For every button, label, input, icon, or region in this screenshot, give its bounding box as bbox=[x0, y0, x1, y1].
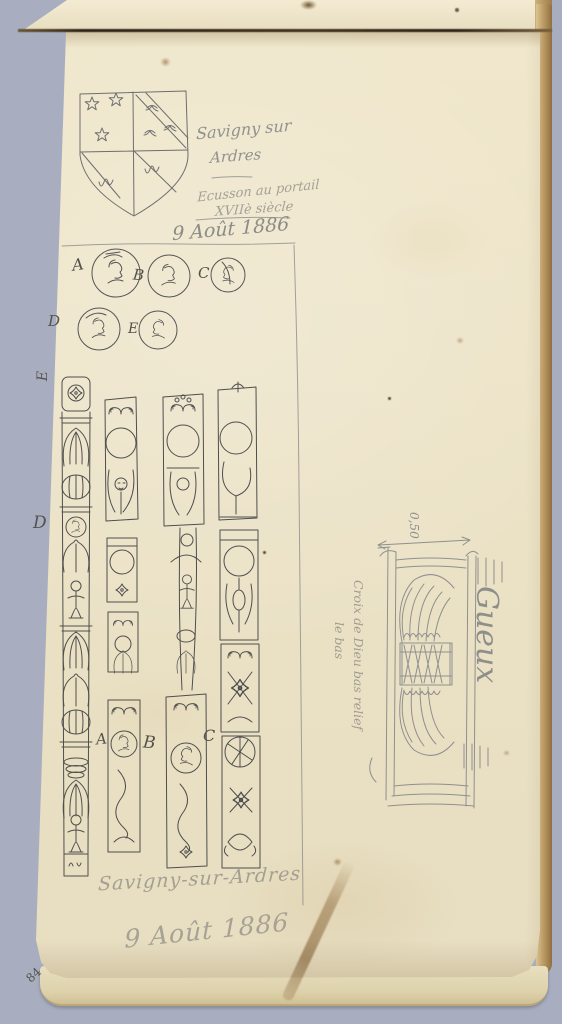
previous-page-strip bbox=[18, 0, 552, 31]
binding-gutter bbox=[18, 29, 552, 32]
column-label-d: D bbox=[33, 513, 47, 533]
sketchbook-page bbox=[0, 32, 552, 978]
column-label-e: E bbox=[35, 371, 51, 381]
photographed-sketchbook: Savigny sur Ardres Ecusson au portail XV… bbox=[0, 0, 562, 1024]
